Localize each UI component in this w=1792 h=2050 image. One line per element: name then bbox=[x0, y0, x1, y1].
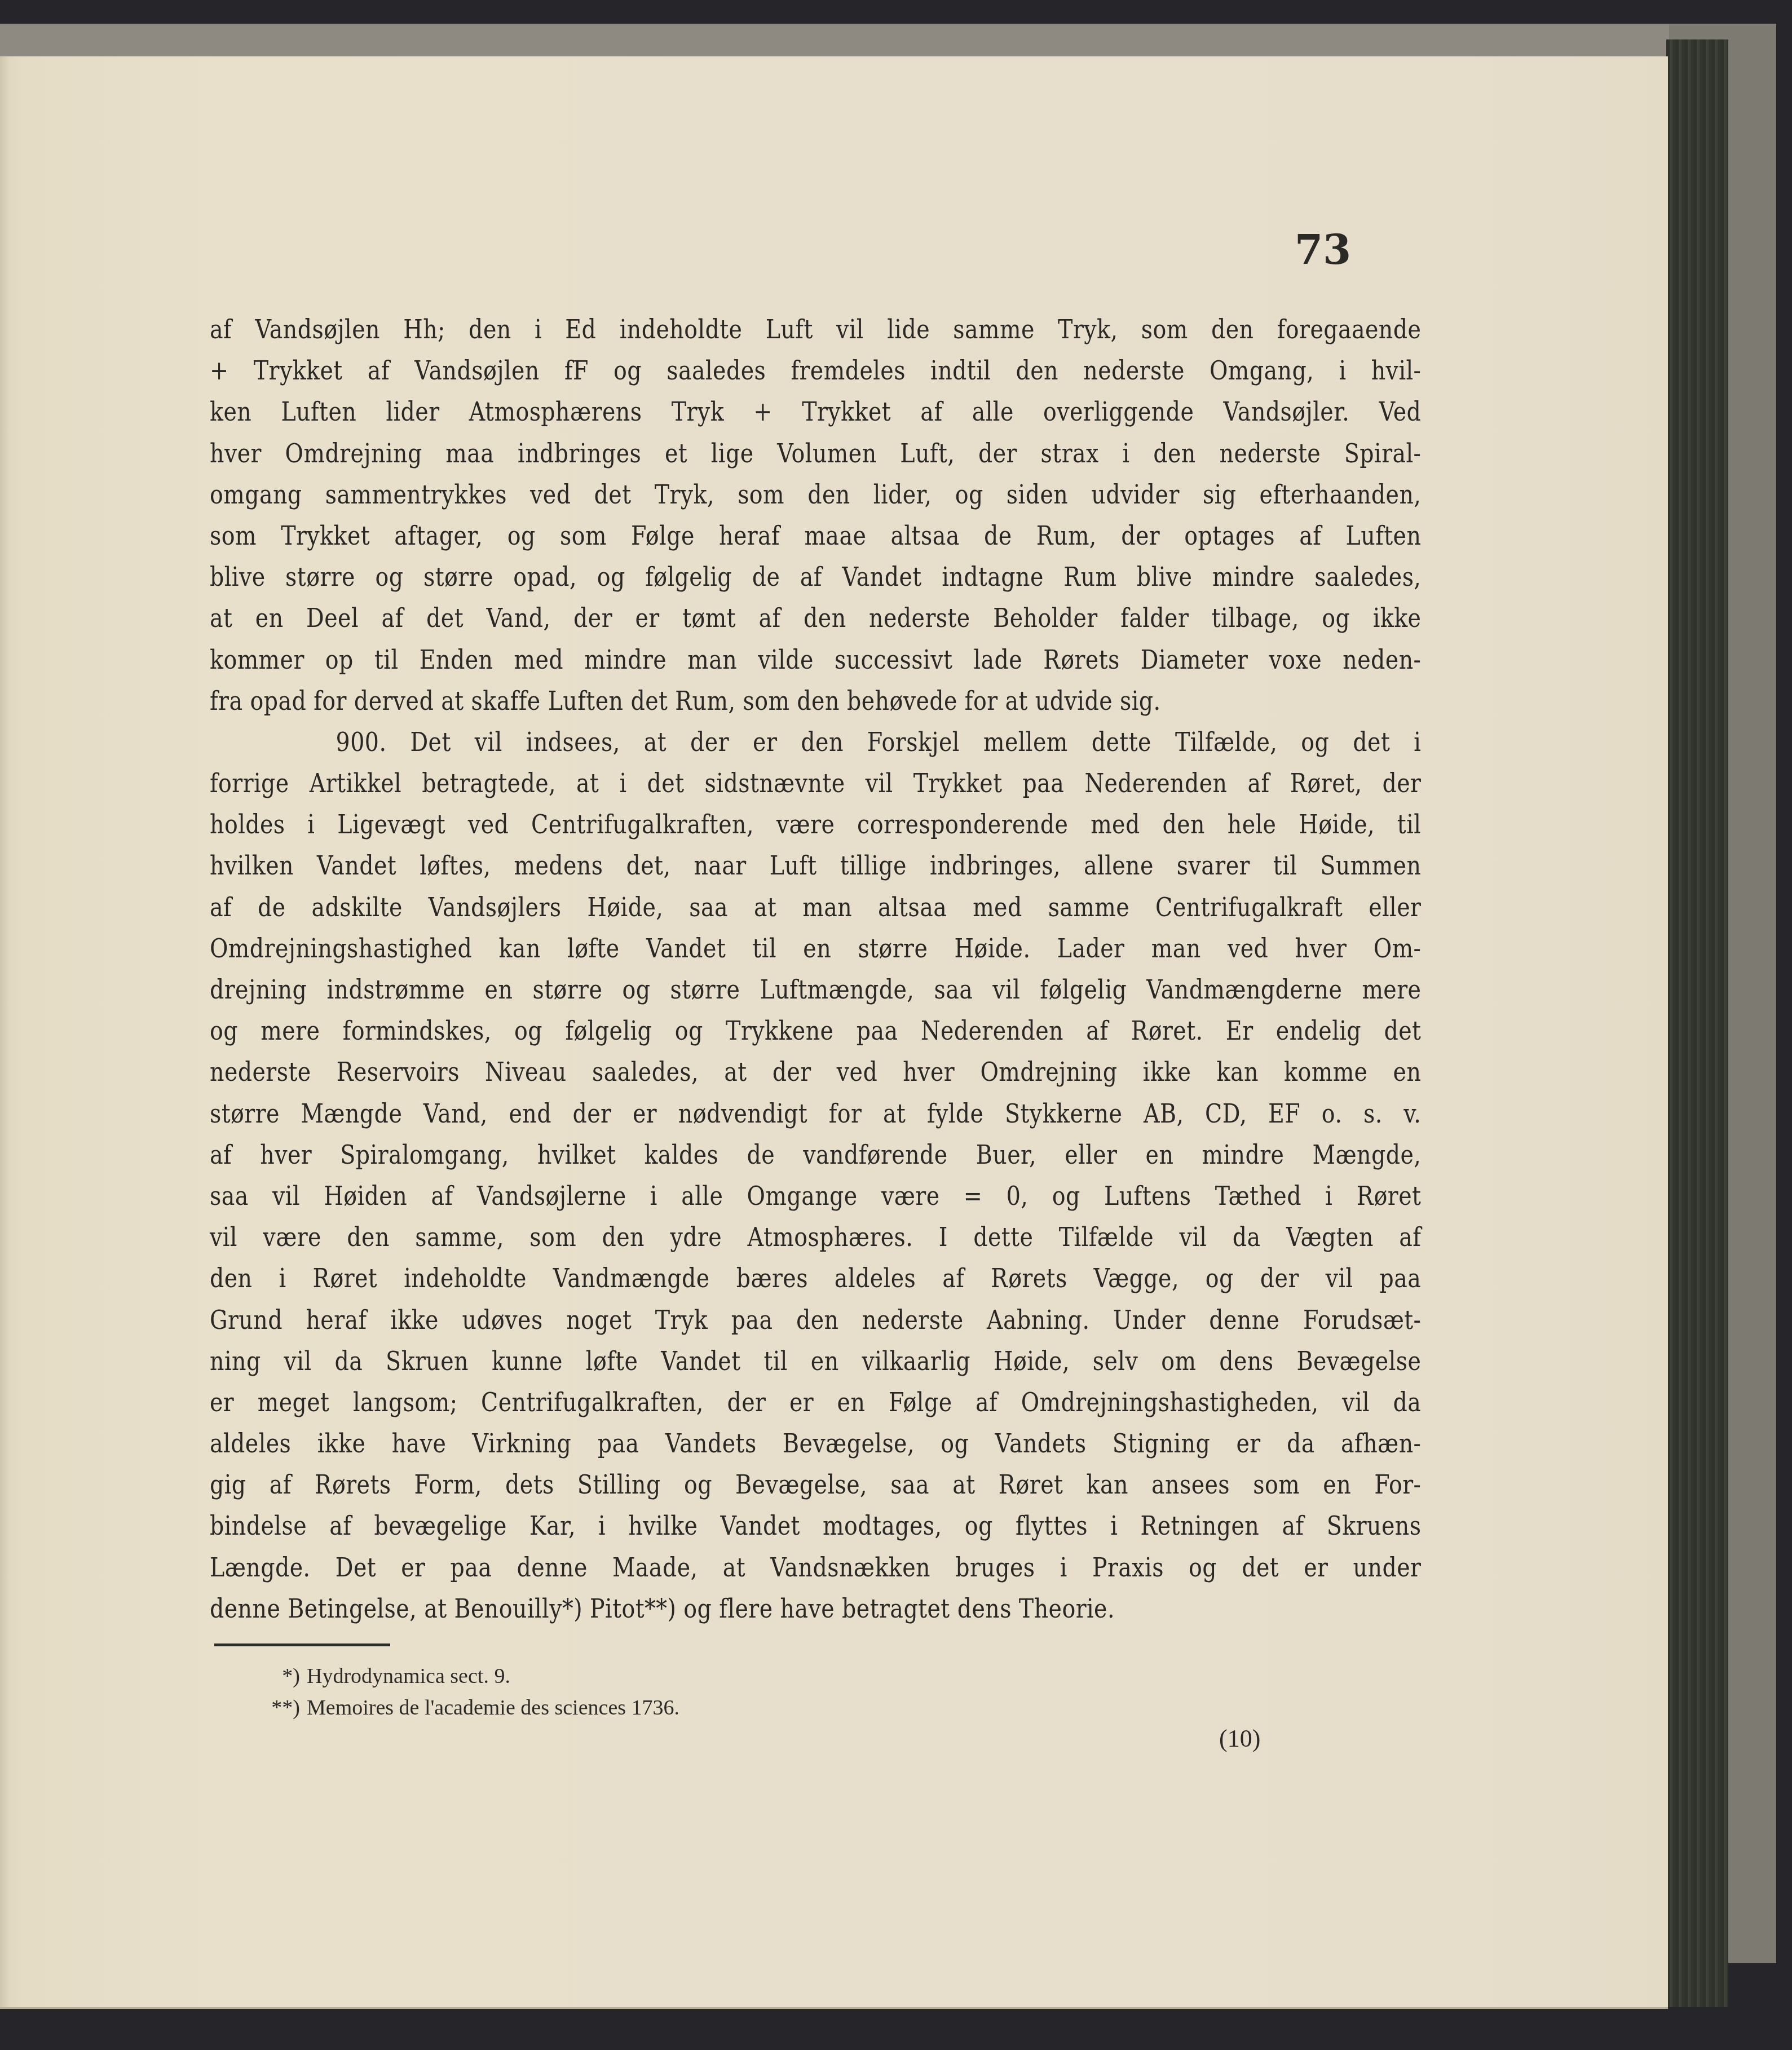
printer-signature-mark: (10) bbox=[1219, 1724, 1260, 1753]
text-line: nederste Reservoirs Niveau saaledes, at … bbox=[210, 1051, 1421, 1093]
text-line: Længde. Det er paa denne Maade, at Vands… bbox=[210, 1547, 1421, 1588]
paragraph-900-start: 900. Det vil indsees, at der er den Fors… bbox=[210, 722, 1421, 763]
footnote-text: Memoires de l'academie des sciences 1736… bbox=[307, 1696, 679, 1720]
text-line: den i Røret indeholdte Vandmængde bæres … bbox=[210, 1258, 1421, 1299]
text-line: hver Omdrejning maa indbringes et lige V… bbox=[210, 433, 1421, 474]
text-line: er meget langsom; Centrifugalkraften, de… bbox=[210, 1382, 1421, 1423]
text-line: Grund heraf ikke udøves noget Tryk paa d… bbox=[210, 1300, 1421, 1341]
text-line: af Vandsøjlen Hh; den i Ed indeholdte Lu… bbox=[210, 309, 1421, 350]
text-line: holdes i Ligevægt ved Centrifugalkraften… bbox=[210, 804, 1421, 845]
footnote-divider bbox=[214, 1643, 390, 1646]
footnote-1: *)Hydrodynamica sect. 9. bbox=[265, 1660, 679, 1692]
page-stack-edges bbox=[1666, 39, 1728, 2007]
text-line: drejning indstrømme en større og større … bbox=[210, 969, 1421, 1010]
footnote-text: Hydrodynamica sect. 9. bbox=[307, 1664, 510, 1688]
footnote-marker: **) bbox=[265, 1692, 300, 1724]
text-line: at en Deel af det Vand, der er tømt af d… bbox=[210, 598, 1421, 639]
text-line: blive større og større opad, og følgelig… bbox=[210, 556, 1421, 598]
text-line: forrige Artikkel betragtede, at i det si… bbox=[210, 763, 1421, 804]
page-number: 73 bbox=[1295, 226, 1351, 273]
text-line: fra opad for derved at skaffe Luften det… bbox=[210, 681, 1421, 722]
text-line: + Trykket af Vandsøjlen fF og saaledes f… bbox=[210, 350, 1421, 391]
text-line: bindelse af bevægelige Kar, i hvilke Van… bbox=[210, 1505, 1421, 1547]
book-cover-top-edge bbox=[0, 24, 1754, 61]
text-line: kommer op til Enden med mindre man vilde… bbox=[210, 639, 1421, 681]
text-line: omgang sammentrykkes ved det Tryk, som d… bbox=[210, 474, 1421, 515]
text-line: ken Luften lider Atmosphærens Tryk + Try… bbox=[210, 391, 1421, 432]
text-line: denne Betingelse, at Benouilly*) Pitot**… bbox=[210, 1588, 1421, 1629]
footnote-marker: *) bbox=[265, 1660, 300, 1692]
text-line: som Trykket aftager, og som Følge heraf … bbox=[210, 515, 1421, 556]
text-line: aldeles ikke have Virkning paa Vandets B… bbox=[210, 1423, 1421, 1464]
text-line: saa vil Høiden af Vandsøjlerne i alle Om… bbox=[210, 1176, 1421, 1217]
body-text: af Vandsøjlen Hh; den i Ed indeholdte Lu… bbox=[210, 309, 1421, 1629]
text-line: gig af Rørets Form, dets Stilling og Bev… bbox=[210, 1464, 1421, 1505]
text-line: af hver Spiralomgang, hvilket kaldes de … bbox=[210, 1134, 1421, 1176]
footnote-2: **)Memoires de l'academie des sciences 1… bbox=[265, 1692, 679, 1724]
text-line: af de adskilte Vandsøjlers Høide, saa at… bbox=[210, 887, 1421, 928]
footnotes: *)Hydrodynamica sect. 9. **)Memoires de … bbox=[265, 1660, 679, 1724]
text-line: ning vil da Skruen kunne løfte Vandet ti… bbox=[210, 1341, 1421, 1382]
text-line: hvilken Vandet løftes, medens det, naar … bbox=[210, 845, 1421, 886]
text-line: vil være den samme, som den ydre Atmosph… bbox=[210, 1217, 1421, 1258]
text-line: større Mængde Vand, end der er nødvendig… bbox=[210, 1093, 1421, 1134]
text-line: og mere formindskes, og følgelig og Tryk… bbox=[210, 1010, 1421, 1051]
text-line: Omdrejningshastighed kan løfte Vandet ti… bbox=[210, 928, 1421, 969]
page-gutter-shadow bbox=[0, 56, 10, 2007]
